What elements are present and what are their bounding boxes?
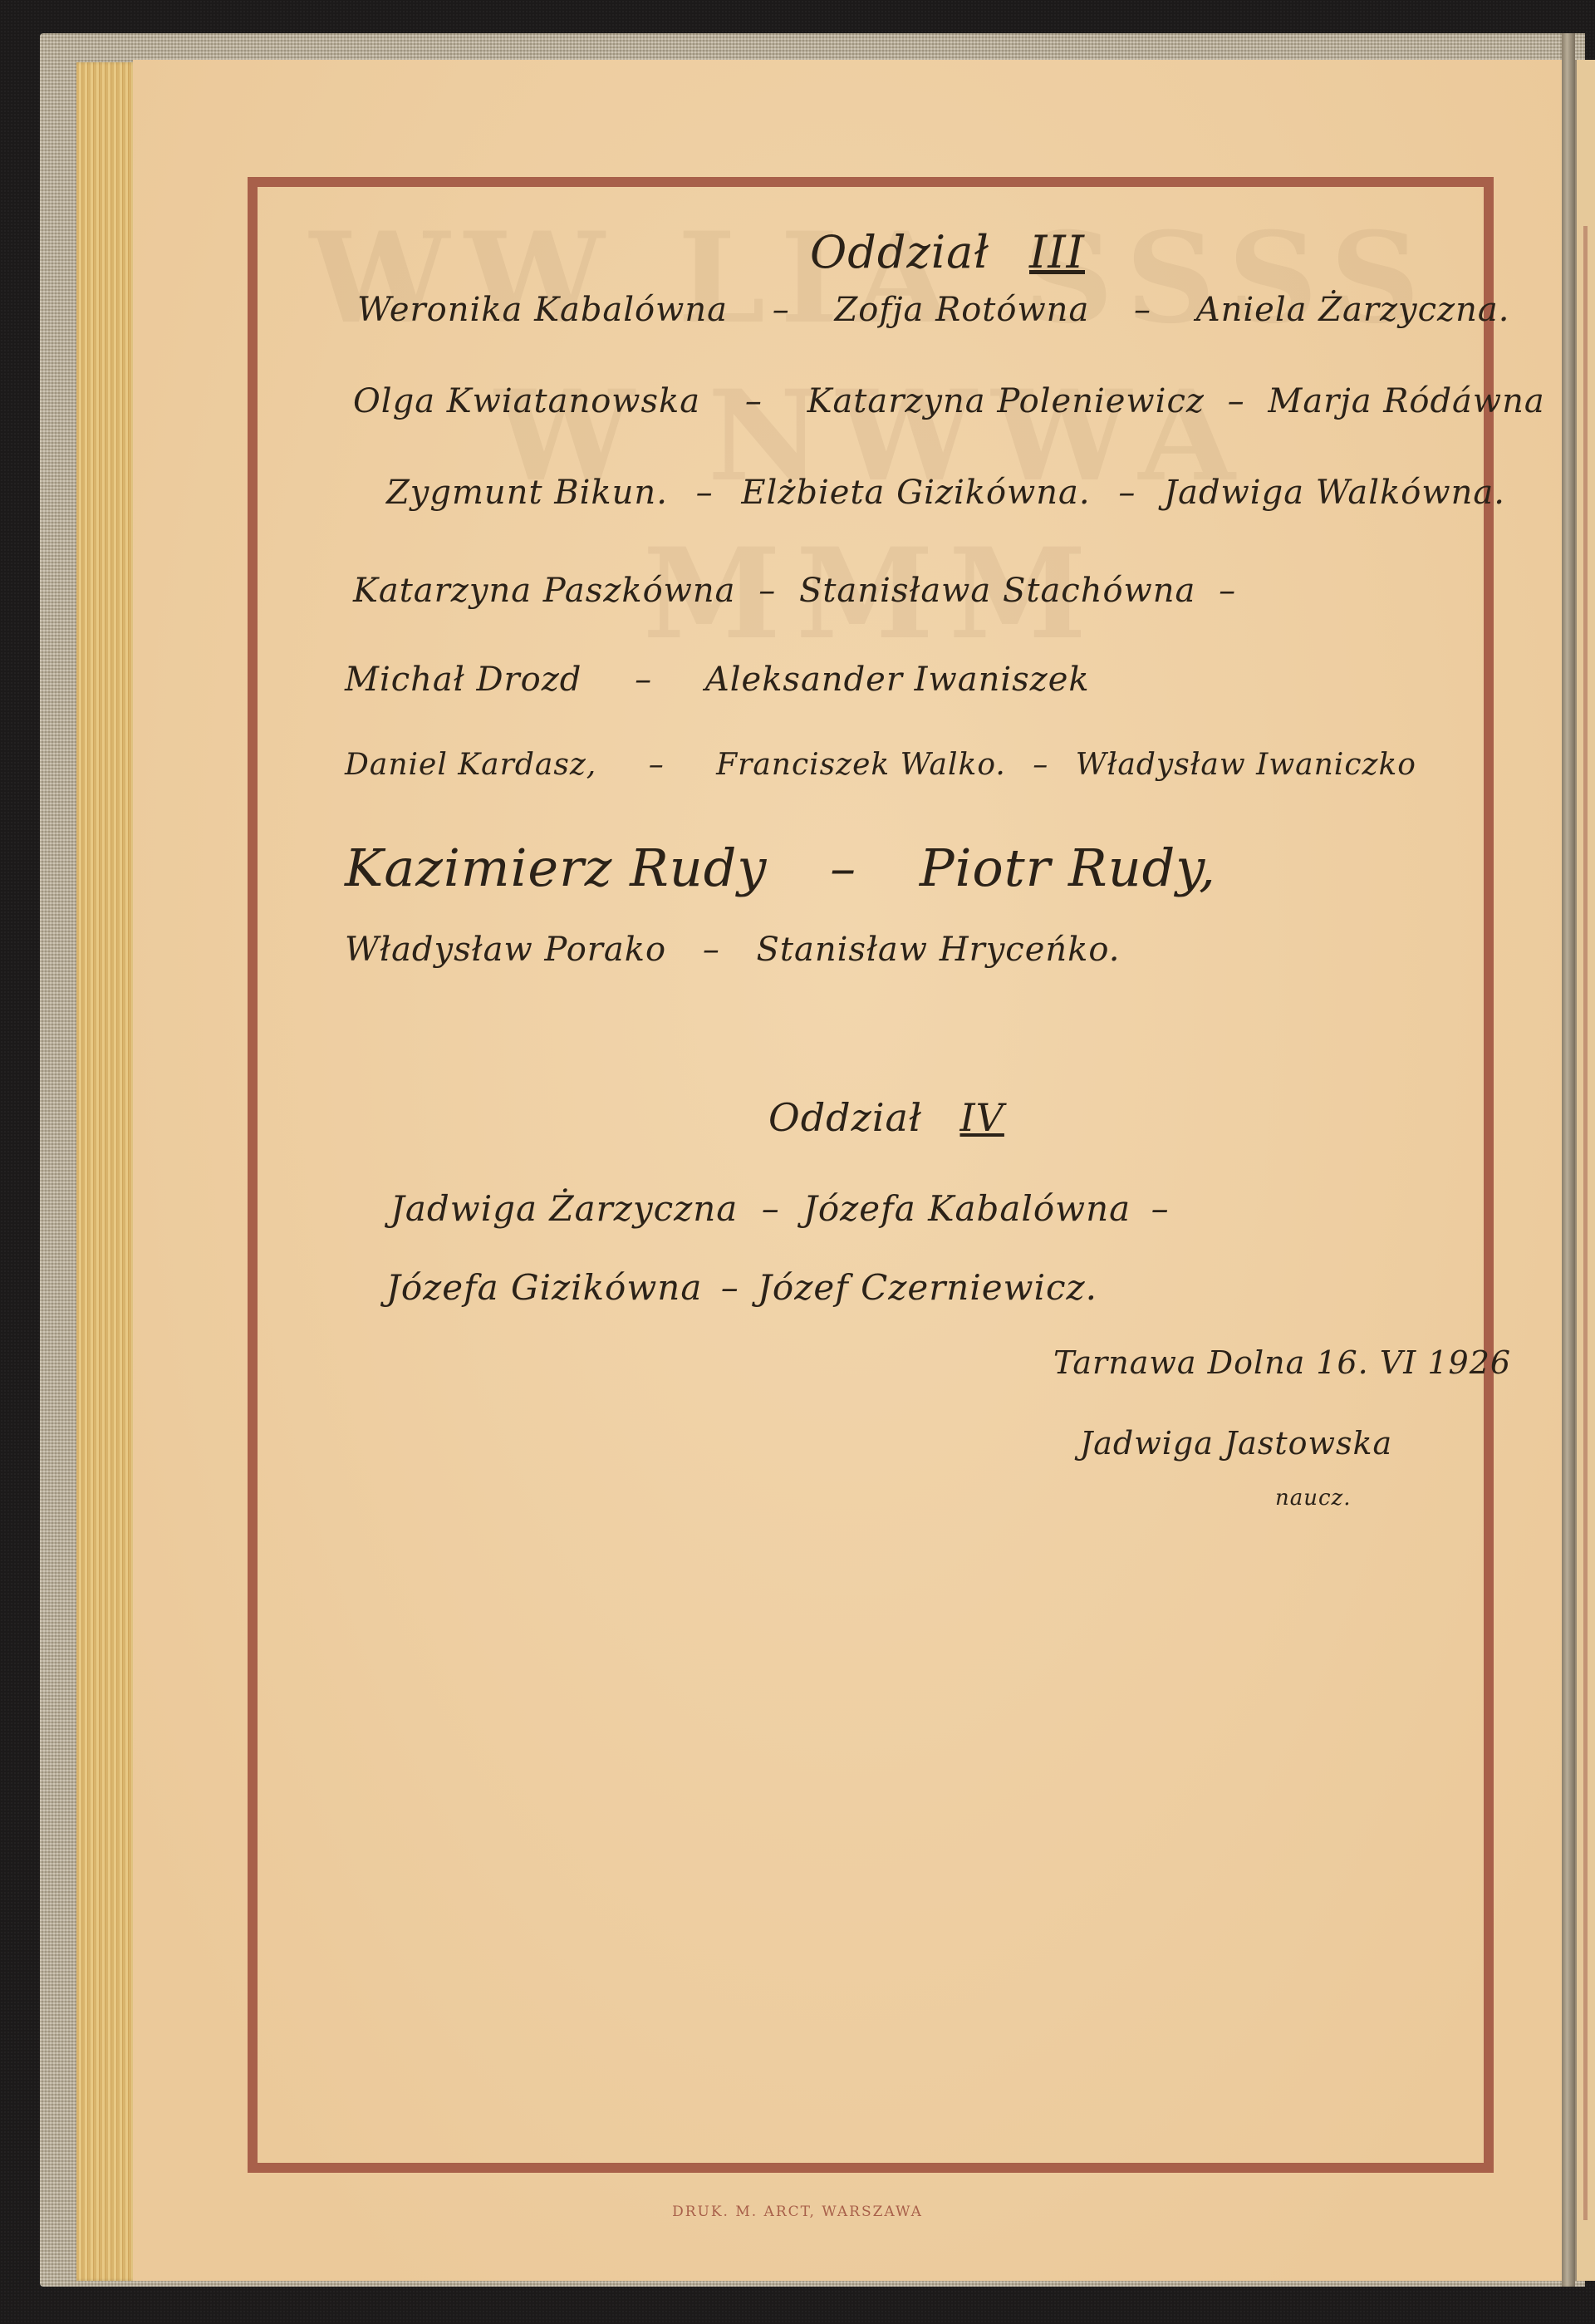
dash-separator: –	[773, 291, 790, 329]
book-gutter	[1562, 33, 1575, 2287]
dash-separator: –	[762, 1188, 780, 1229]
section-3-numeral: III	[1029, 226, 1085, 278]
name-entry: Zofja Rotówna	[834, 291, 1089, 329]
adjacent-page-edge	[1575, 60, 1595, 2281]
name-entry: Józefa Gizikówna	[386, 1267, 702, 1308]
dash-separator: –	[1228, 382, 1245, 420]
dash-separator: –	[1033, 748, 1048, 782]
name-entry: Piotr Rudy,	[920, 838, 1216, 898]
dash-separator: –	[758, 572, 776, 610]
name-row-9: Jadwiga Żarzyczna – Józefa Kabalówna –	[390, 1188, 1178, 1229]
name-entry: Stanisława Stachówna	[799, 572, 1195, 610]
name-entry: Daniel Kardasz,	[345, 748, 596, 782]
printer-imprint: DRUK. M. ARCT, WARSZAWA	[0, 2204, 1595, 2220]
dash-separator: –	[830, 838, 856, 898]
section-3-heading-label: Oddział	[810, 226, 989, 278]
name-row-3: Zygmunt Bikun. – Elżbieta Gizikówna. – J…	[386, 474, 1505, 512]
name-entry: Zygmunt Bikun.	[386, 474, 668, 512]
section-4-numeral: IV	[960, 1095, 1004, 1140]
name-entry: Władysław Iwaniczko	[1076, 748, 1416, 782]
name-entry: Marja Ródáwna	[1268, 382, 1544, 420]
section-4-heading: Oddział IV	[768, 1095, 1004, 1140]
dash-separator: –	[1134, 291, 1151, 329]
dash-separator: –	[745, 382, 763, 420]
adjacent-frame-fragment	[1583, 226, 1588, 2220]
name-entry: Elżbieta Gizikówna.	[741, 474, 1090, 512]
name-entry: Władysław Porako	[345, 931, 666, 969]
name-entry: Józefa Kabalówna	[803, 1188, 1131, 1229]
name-row-4: Katarzyna Paszkówna – Stanisława Stachów…	[353, 572, 1248, 610]
name-entry: Katarzyna Paszkówna	[353, 572, 736, 610]
name-row-7: Kazimierz Rudy – Piotr Rudy,	[345, 838, 1216, 898]
dash-separator: –	[1151, 1188, 1170, 1229]
page-edges	[76, 62, 136, 2281]
name-entry: Stanisław Hryceńko.	[757, 931, 1121, 969]
name-entry: Jadwiga Walkówna.	[1164, 474, 1505, 512]
section-3-heading: Oddział III	[810, 226, 1085, 278]
name-entry: Józef Czerniewicz.	[758, 1267, 1097, 1308]
name-row-1: Weronika Kabalówna – Zofja Rotówna – Ani…	[357, 291, 1509, 329]
dash-separator: –	[1118, 474, 1136, 512]
dash-separator: –	[635, 661, 652, 699]
dash-separator: –	[703, 931, 720, 969]
name-row-10: Józefa Gizikówna – Józef Czerniewicz.	[386, 1267, 1097, 1308]
dash-separator: –	[696, 474, 714, 512]
name-entry: Weronika Kabalówna	[357, 291, 728, 329]
name-entry: Franciszek Walko.	[716, 748, 1006, 782]
name-entry: Michał Drozd	[345, 661, 582, 699]
dash-separator: –	[1219, 572, 1236, 610]
name-row-5: Michał Drozd – Aleksander Iwaniszek	[345, 661, 1090, 699]
name-entry: Katarzyna Poleniewicz	[807, 382, 1205, 420]
name-row-2: Olga Kwiatanowska – Katarzyna Poleniewic…	[353, 382, 1545, 420]
signature-title: naucz.	[1275, 1486, 1352, 1511]
name-entry: Kazimierz Rudy	[345, 838, 767, 898]
place-date: Tarnawa Dolna 16. VI 1926	[1053, 1344, 1511, 1381]
name-entry: Aniela Żarzyczna.	[1196, 291, 1510, 329]
dash-separator: –	[721, 1267, 739, 1308]
name-entry: Aleksander Iwaniszek	[705, 661, 1090, 699]
name-row-6: Daniel Kardasz, – Franciszek Walko. – Wł…	[345, 748, 1416, 782]
name-row-8: Władysław Porako – Stanisław Hryceńko.	[345, 931, 1120, 969]
dash-separator: –	[649, 748, 665, 782]
signature-name: Jadwiga Jastowska	[1080, 1425, 1392, 1462]
name-entry: Olga Kwiatanowska	[353, 382, 700, 420]
section-4-heading-label: Oddział	[768, 1095, 922, 1140]
name-entry: Jadwiga Żarzyczna	[390, 1188, 738, 1229]
